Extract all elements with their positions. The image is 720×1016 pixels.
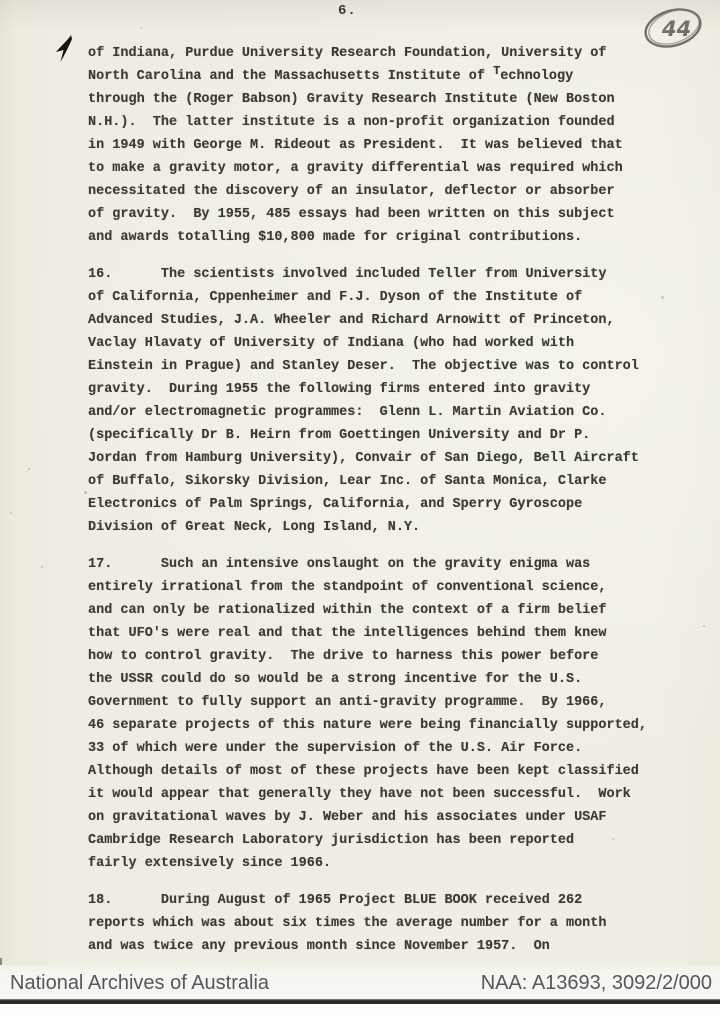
text-line: Einstein in Prague) and Stanley Deser. T… — [88, 355, 668, 378]
text-line: 16. The scientists involved included Tel… — [88, 263, 668, 286]
paper-speckle — [140, 27, 142, 29]
superscript-letter: T — [493, 64, 500, 78]
text-line: of California, Cppenheimer and F.J. Dyso… — [88, 286, 668, 309]
text-line: gravity. During 1955 the following firms… — [88, 378, 668, 401]
scanned-document-page: 6. 44 of Indiana, Purdue University Rese… — [0, 0, 720, 1016]
text-line: Advanced Studies, J.A. Wheeler and Richa… — [88, 309, 668, 332]
text-line: Division of Great Neck, Long Island, N.Y… — [88, 516, 668, 539]
text-line: Vaclay Hlavaty of University of Indiana … — [88, 332, 668, 355]
paper-speckle — [703, 625, 705, 627]
archive-name: National Archives of Australia — [10, 972, 269, 995]
text-line: how to control gravity. The drive to har… — [88, 645, 668, 668]
text-line: and can only be rationalized within the … — [88, 599, 668, 622]
text-line: 33 of which were under the supervision o… — [88, 737, 668, 760]
annotation-number: 44 — [661, 17, 691, 41]
text-line: to make a gravity motor, a gravity diffe… — [88, 157, 668, 180]
text-line: the USSR could do so would be a strong i… — [88, 668, 668, 691]
text-line: 17. Such an intensive onslaught on the g… — [88, 553, 668, 576]
text-line: of Indiana, Purdue University Research F… — [88, 42, 668, 65]
paper-speckle — [84, 491, 87, 494]
text-line: of Buffalo, Sikorsky Division, Lear Inc.… — [88, 470, 668, 493]
paragraph-16: 16. The scientists involved included Tel… — [88, 263, 668, 539]
text-line: and was twice any previous month since N… — [88, 935, 668, 958]
paragraph-continuation: of Indiana, Purdue University Research F… — [88, 42, 668, 249]
text-line: 46 separate projects of this nature were… — [88, 714, 668, 737]
bottom-margin — [0, 1004, 720, 1016]
text-line: reports which was about six times the av… — [88, 912, 668, 935]
paper-speckle — [10, 512, 12, 514]
archive-footer-bar: National Archives of Australia NAA: A136… — [0, 965, 720, 1001]
text-line: (specifically Dr B. Heirn from Goettinge… — [88, 424, 668, 447]
paragraph-17: 17. Such an intensive onslaught on the g… — [88, 553, 668, 875]
text-line: N.H.). The latter institute is a non-pro… — [88, 111, 668, 134]
text-line: through the (Roger Babson) Gravity Resea… — [88, 88, 668, 111]
text-line: in 1949 with George M. Rideout as Presid… — [88, 134, 668, 157]
text-line: North Carolina and the Massachusetts Ins… — [88, 65, 668, 88]
page-number: 6. — [338, 3, 357, 19]
text-line: that UFO's were real and that the intell… — [88, 622, 668, 645]
text-line: Electronics of Palm Springs, California,… — [88, 493, 668, 516]
text-line: on gravitational waves by J. Weber and h… — [88, 806, 668, 829]
text-line: and awards totalling $10,800 made for cr… — [88, 226, 668, 249]
text-line: it would appear that generally they have… — [88, 783, 668, 806]
text-line: entirely irrational from the standpoint … — [88, 576, 668, 599]
paper-speckle — [41, 566, 43, 568]
archive-reference-number: NAA: A13693, 3092/2/000 — [481, 972, 712, 995]
ink-arrow-mark-icon — [55, 35, 77, 64]
text-line: 18. During August of 1965 Project BLUE B… — [88, 889, 668, 912]
text-line: of gravity. By 1955, 485 essays had been… — [88, 203, 668, 226]
text-line: necessitated the discovery of an insulat… — [88, 180, 668, 203]
paper-speckle — [28, 468, 30, 470]
document-text: of Indiana, Purdue University Research F… — [88, 42, 668, 972]
text-line: and/or electromagnetic programmes: Glenn… — [88, 401, 668, 424]
text-line: fairly extensively since 1966. — [88, 852, 668, 875]
text-line: Although details of most of these projec… — [88, 760, 668, 783]
paragraph-18: 18. During August of 1965 Project BLUE B… — [88, 889, 668, 958]
text-line: Government to fully support an anti-grav… — [88, 691, 668, 714]
text-line: Cambridge Research Laboratory jurisdicti… — [88, 829, 668, 852]
text-line: Jordan from Hamburg University), Convair… — [88, 447, 668, 470]
